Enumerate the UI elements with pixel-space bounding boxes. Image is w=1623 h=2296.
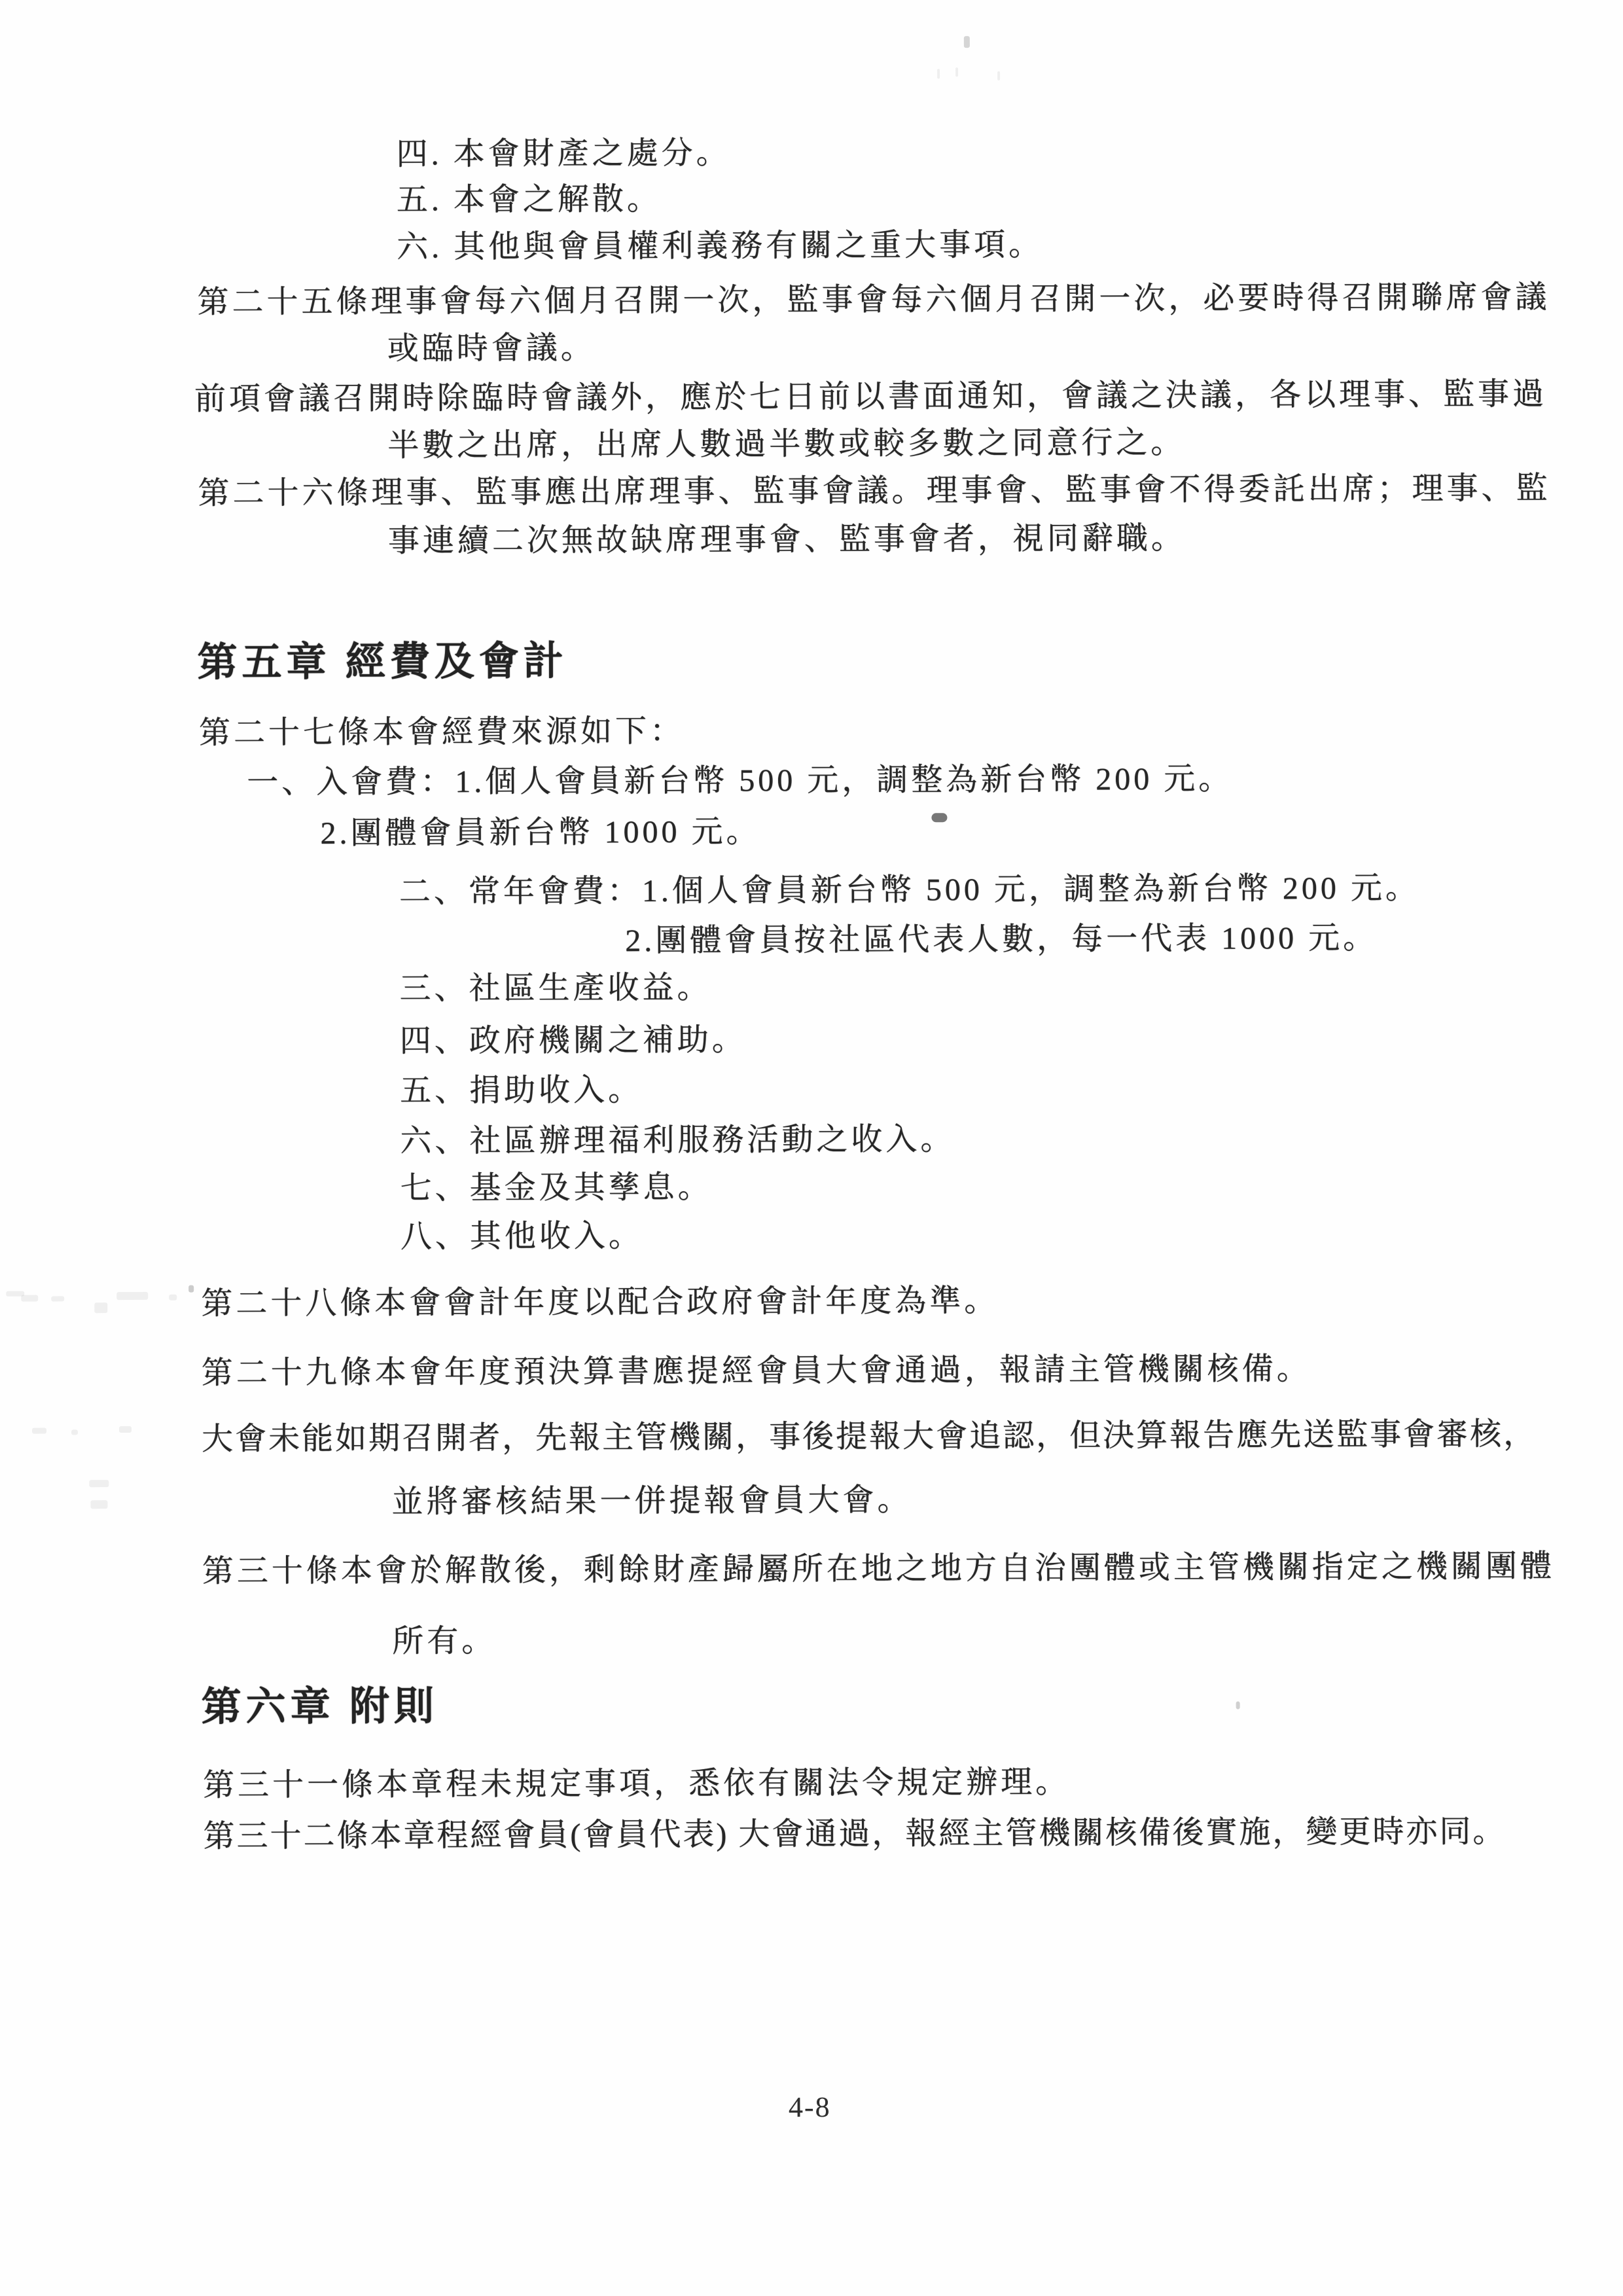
enum-item-4: 四. 本會財產之處分。 (396, 127, 730, 173)
article-30-line-1: 第三十條本會於解散後，剩餘財產歸屬所在地之地方自治團體或主管機關指定之機關團體 (202, 1541, 1555, 1591)
article-30-line-2: 所有。 (392, 1615, 496, 1661)
scan-artifact (32, 1427, 46, 1433)
article-25-line-2: 或臨時會議。 (387, 322, 596, 368)
chapter-5-title: 第五章 經費及會計 (197, 629, 568, 687)
article-29: 第二十九條本會年度預決算書應提經會員大會通過，報請主管機關核備。 (202, 1343, 1311, 1393)
article-27-item-2b: 2.團體會員按社區代表人數，每一代表 1000 元。 (625, 912, 1378, 960)
article-26-line-2: 事連續二次無故缺席理事會、監事會者，視同辭職。 (388, 512, 1186, 561)
article-29-para2-line-1: 大會未能如期召開者，先報主管機關，事後提報大會追認，但決算報告應先送監事會審核， (202, 1408, 1537, 1459)
article-27-item-1b: 2.團體會員新台幣 1000 元。 (320, 806, 760, 853)
scanned-page: 四. 本會財產之處分。 五. 本會之解散。 六. 其他與會員權利義務有關之重大事… (0, 0, 1623, 2296)
article-27-item-7: 七、基金及其孳息。 (400, 1162, 712, 1208)
article-32: 第三十二條本章程經會員(會員代表) 大會通過，報經主管機關核備後實施，變更時亦同… (203, 1806, 1506, 1856)
enum-item-6: 六. 其他與會員權利義務有關之重大事項。 (397, 219, 1043, 267)
scan-artifact (937, 69, 940, 79)
article-26-line-1: 第二十六條理事、監事應出席理事、監事會議。理事會、監事會不得委託出席；理事、監 (198, 463, 1550, 513)
scan-artifact (71, 1429, 78, 1435)
page-number: 4-8 (789, 2090, 831, 2124)
article-27-item-4: 四、政府機關之補助。 (400, 1014, 747, 1060)
scan-artifact (1236, 1701, 1240, 1709)
scan-artifact (119, 1426, 132, 1433)
scan-artifact (94, 1302, 107, 1313)
scan-artifact (21, 1295, 38, 1302)
scan-artifact (169, 1295, 177, 1300)
article-28: 第二十八條本會會計年度以配合政府會計年度為準。 (201, 1275, 999, 1323)
article-29-para2-line-2: 並將審核結果一併提報會員大會。 (391, 1474, 912, 1521)
article-25-line-1: 第二十五條理事會每六個月召開一次，監事會每六個月召開一次，必要時得召開聯席會議 (197, 272, 1550, 322)
article-25-para2-line-1: 前項會議召開時除臨時會議外，應於七日前以書面通知，會議之決議，各以理事、監事過 (194, 368, 1547, 419)
article-27-item-6: 六、社區辦理福利服務活動之收入。 (400, 1113, 955, 1160)
article-27-item-1a: 一、入會費：1.個人會員新台幣 500 元，調整為新台幣 200 元。 (247, 753, 1233, 802)
scan-artifact (116, 1292, 148, 1300)
scan-artifact (931, 813, 947, 822)
scan-artifact (90, 1500, 107, 1509)
scan-artifact (188, 1285, 194, 1293)
scan-artifact (964, 36, 970, 48)
article-27-intro: 第二十七條本會經費來源如下： (199, 706, 685, 753)
article-27-item-2a: 二、常年會費：1.個人會員新台幣 500 元，調整為新台幣 200 元。 (399, 862, 1420, 911)
scan-artifact (997, 71, 1000, 81)
article-31: 第三十一條本章程未規定事項，悉依有關法令規定辦理。 (203, 1756, 1070, 1804)
enum-item-5: 五. 本會之解散。 (397, 173, 662, 220)
article-27-item-5: 五、捐助收入。 (400, 1064, 643, 1110)
scan-artifact (89, 1480, 109, 1487)
article-25-para2-line-2: 半數之出席，出席人數過半數或較多數之同意行之。 (387, 417, 1185, 465)
article-27-item-3: 三、社區生產收益。 (399, 962, 711, 1009)
scan-artifact (51, 1296, 64, 1301)
article-27-item-8: 八、其他收入。 (401, 1210, 643, 1256)
chapter-6-title: 第六章 附則 (201, 1674, 438, 1732)
scan-artifact (955, 67, 958, 77)
